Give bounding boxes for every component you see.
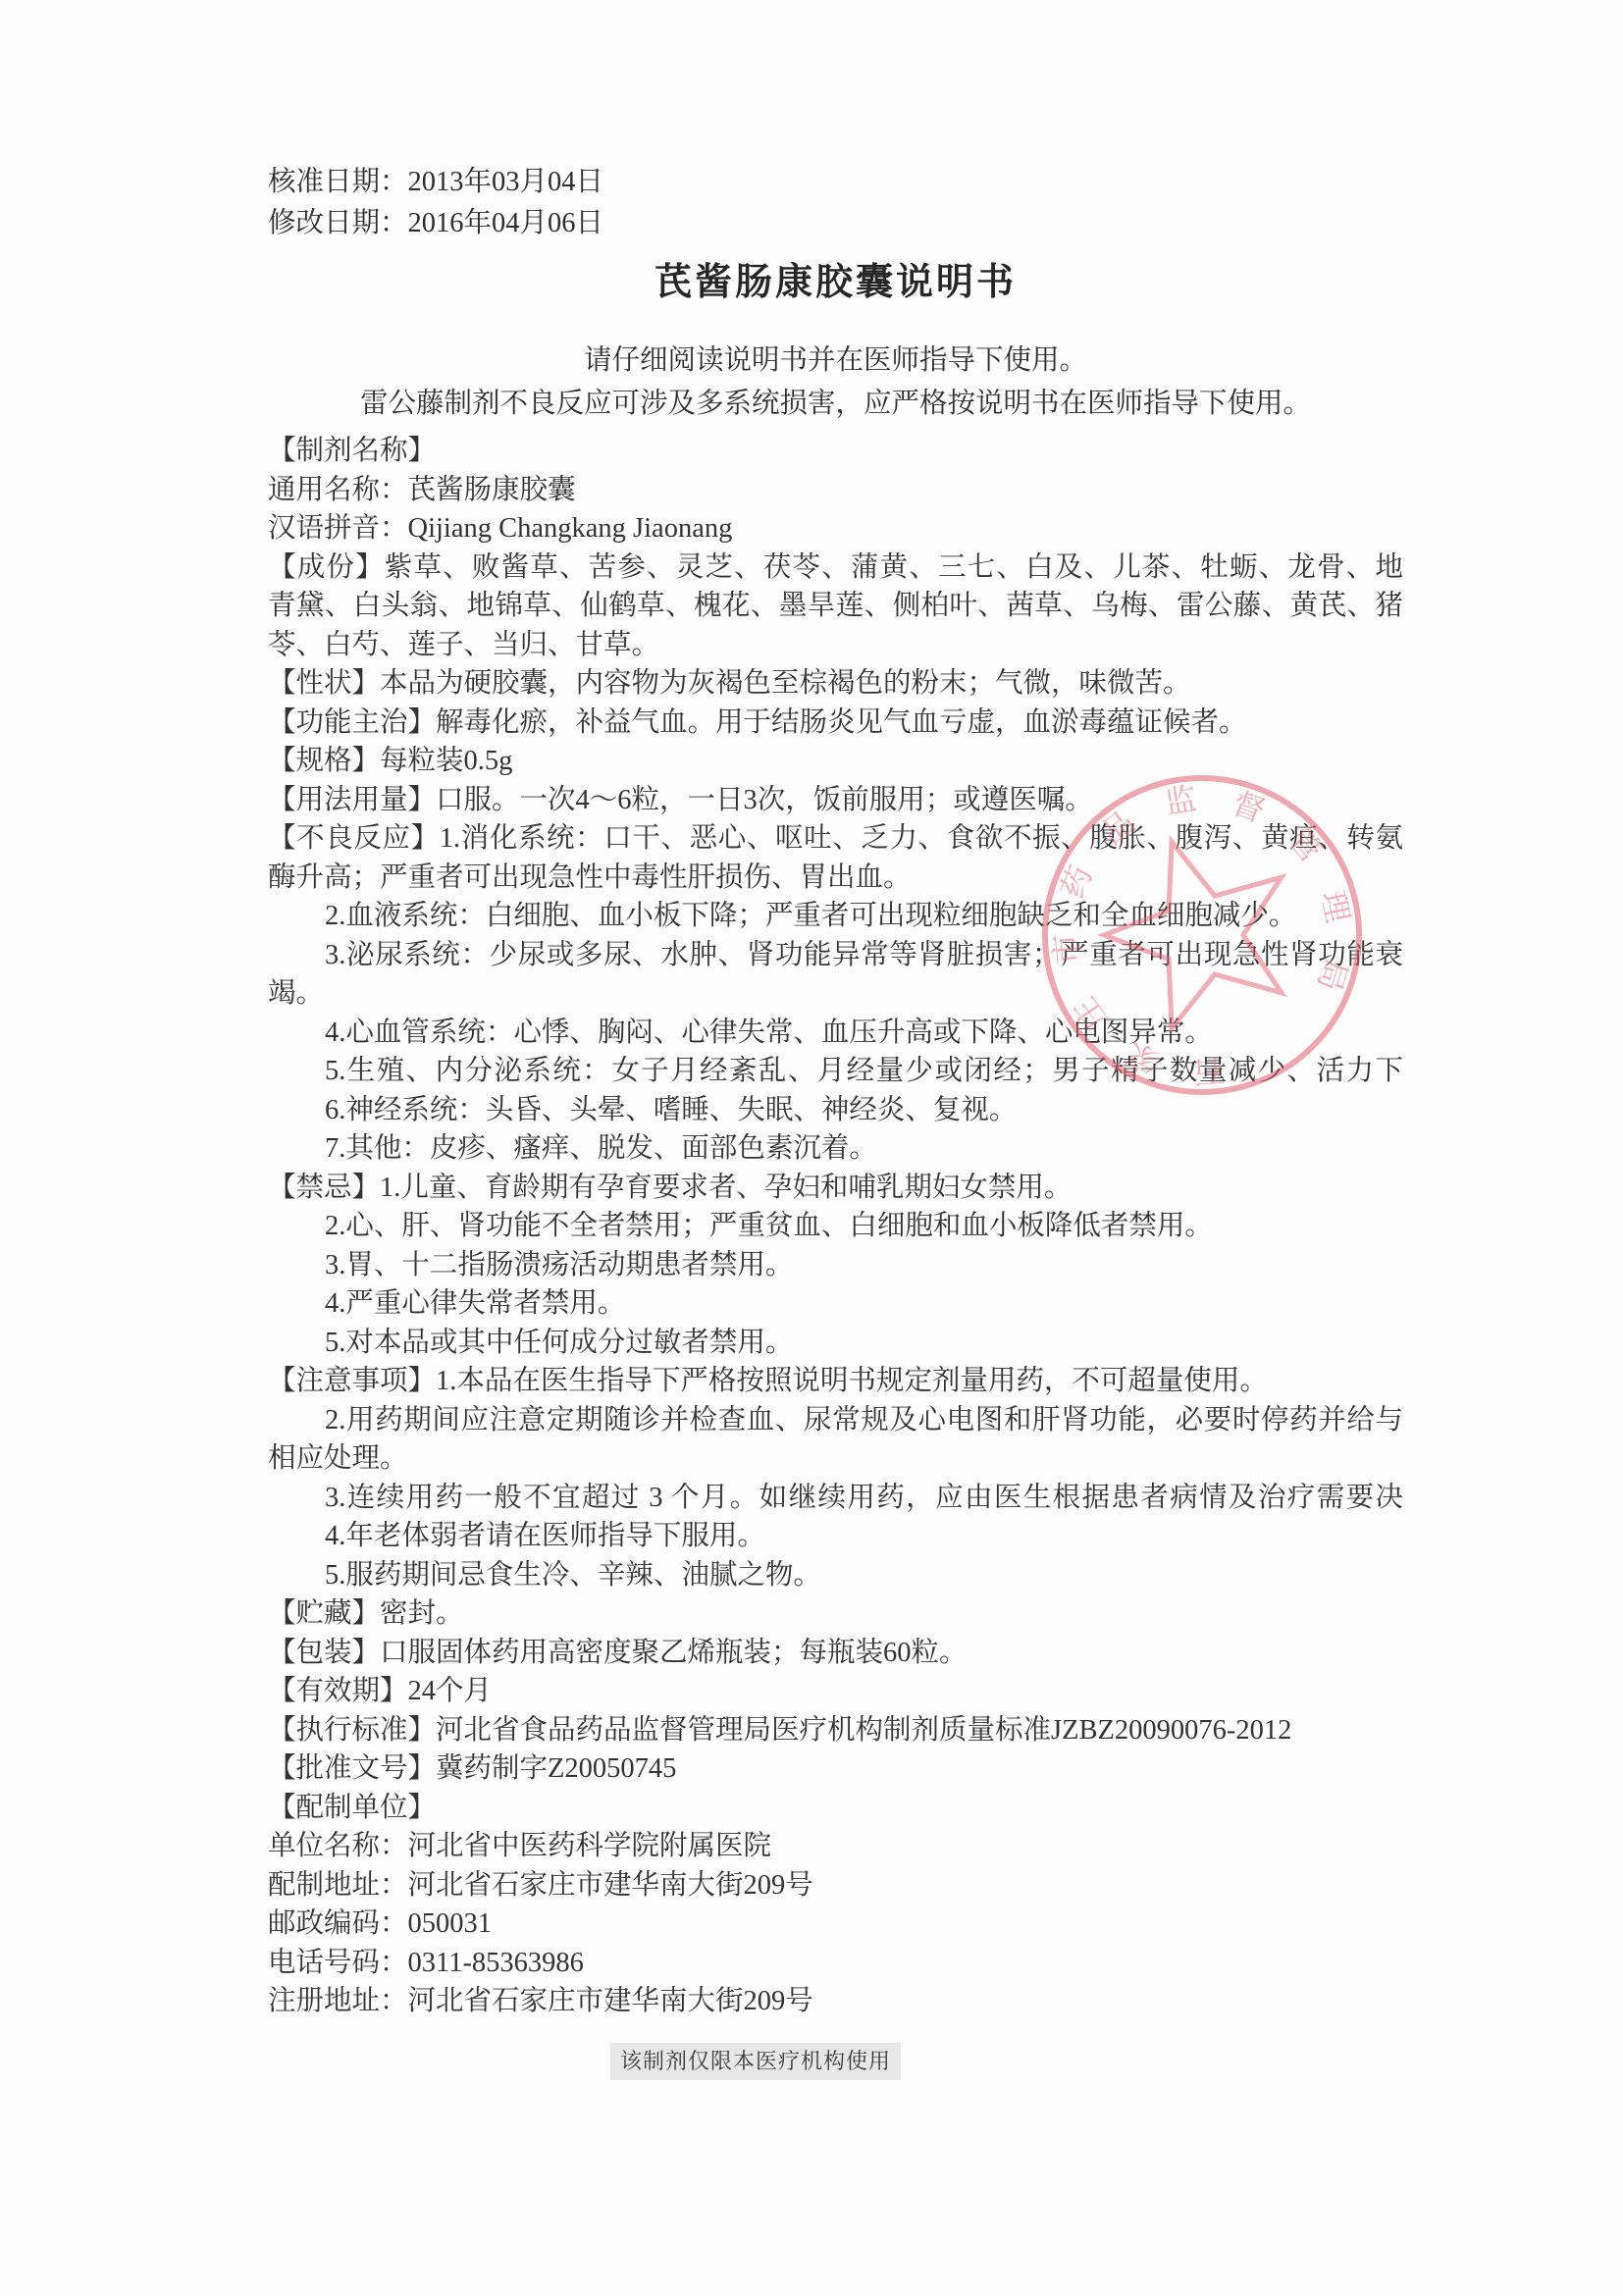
doc-line: 竭。	[268, 974, 1403, 1014]
doc-line: 单位名称：河北省中医药科学院附属医院	[268, 1827, 1403, 1866]
doc-line: 【禁忌】1.儿童、育龄期有孕育要求者、孕妇和哺乳期妇女禁用。	[268, 1169, 1403, 1208]
scanned-document-page: 核准日期：2013年03月04日 修改日期：2016年04月06日 芪酱肠康胶囊…	[0, 0, 1623, 2296]
doc-line: 2.心、肝、肾功能不全者禁用；严重贫血、白细胞和血小板降低者禁用。	[325, 1207, 1403, 1246]
doc-line: 【不良反应】1.消化系统：口干、恶心、呕吐、乏力、食欲不振、腹胀、腹泻、黄疸、转…	[268, 819, 1403, 859]
doc-line: 3.泌尿系统：少尿或多尿、水肿、肾功能异常等肾脏损害；严重者可出现急性肾功能衰	[325, 936, 1403, 975]
doc-line: 【执行标准】河北省食品药品监督管理局医疗机构制剂质量标准JZBZ20090076…	[268, 1711, 1403, 1750]
doc-line: 5.对本品或其中任何成分过敏者禁用。	[325, 1324, 1403, 1363]
doc-line: 【成份】紫草、败酱草、苦参、灵芝、茯苓、蒲黄、三七、白及、儿茶、牡蛎、龙骨、地榆…	[268, 548, 1403, 588]
warning-notice: 雷公藤制剂不良反应可涉及多系统损害，应严格按说明书在医师指导下使用。	[268, 381, 1403, 421]
doc-line: 通用名称：芪酱肠康胶囊	[268, 471, 1403, 510]
doc-line: 【批准文号】冀药制字Z20050745	[268, 1749, 1403, 1789]
doc-line: 7.其他：皮疹、瘙痒、脱发、面部色素沉着。	[325, 1129, 1403, 1169]
doc-line: 汉语拼音：Qijiang Changkang Jiaonang	[268, 509, 1403, 548]
doc-line: 3.胃、十二指肠溃疡活动期患者禁用。	[325, 1246, 1403, 1285]
read-carefully-notice: 请仔细阅读说明书并在医师指导下使用。	[268, 338, 1403, 378]
doc-line: 相应处理。	[268, 1439, 1403, 1479]
document-body: 【制剂名称】通用名称：芪酱肠康胶囊汉语拼音：Qijiang Changkang …	[268, 432, 1403, 2021]
doc-line: 【有效期】24个月	[268, 1672, 1403, 1711]
institution-only-notice: 该制剂仅限本医疗机构使用	[610, 2043, 901, 2080]
doc-line: 注册地址：河北省石家庄市建华南大街209号	[268, 1982, 1403, 2021]
document-title: 芪酱肠康胶囊说明书	[268, 251, 1403, 305]
doc-line: 3.连续用药一般不宜超过 3 个月。如继续用药，应由医生根据患者病情及治疗需要决…	[325, 1479, 1403, 1518]
doc-line: 邮政编码：050031	[268, 1905, 1403, 1944]
doc-line: 5.服药期间忌食生冷、辛辣、油腻之物。	[325, 1556, 1403, 1595]
doc-line: 4.严重心律失常者禁用。	[325, 1284, 1403, 1324]
doc-line: 4.年老体弱者请在医师指导下服用。	[325, 1517, 1403, 1556]
doc-line: 酶升高；严重者可出现急性中毒性肝损伤、胃出血。	[268, 859, 1403, 898]
doc-line: 5.生殖、内分泌系统：女子月经紊乱、月经量少或闭经；男子精子数量减少、活力下降。	[325, 1052, 1403, 1091]
doc-line: 【性状】本品为硬胶囊，内容物为灰褐色至棕褐色的粉末；气微，味微苦。	[268, 664, 1403, 704]
doc-line: 【注意事项】1.本品在医生指导下严格按照说明书规定剂量用药，不可超量使用。	[268, 1362, 1403, 1401]
doc-line: 青黛、白头翁、地锦草、仙鹤草、槐花、墨旱莲、侧柏叶、茜草、乌梅、雷公藤、黄芪、猪	[268, 587, 1403, 626]
approval-date: 核准日期：2013年03月04日	[268, 163, 603, 202]
doc-line: 【制剂名称】	[268, 432, 1403, 471]
doc-line: 6.神经系统：头昏、头晕、嗜睡、失眠、神经炎、复视。	[325, 1091, 1403, 1130]
doc-line: 【包装】口服固体药用高密度聚乙烯瓶装；每瓶装60粒。	[268, 1634, 1403, 1673]
doc-line: 【用法用量】口服。一次4～6粒，一日3次，饭前服用；或遵医嘱。	[268, 781, 1403, 820]
doc-line: 配制地址：河北省石家庄市建华南大街209号	[268, 1866, 1403, 1905]
revision-date: 修改日期：2016年04月06日	[268, 204, 603, 243]
doc-line: 4.心血管系统：心悸、胸闷、心律失常、血压升高或下降、心电图异常。	[325, 1014, 1403, 1053]
doc-line: 【贮藏】密封。	[268, 1594, 1403, 1634]
doc-line: 苓、白芍、莲子、当归、甘草。	[268, 626, 1403, 665]
doc-line: 2.用药期间应注意定期随诊并检查血、尿常规及心电图和肝肾功能，必要时停药并给与	[325, 1401, 1403, 1440]
doc-line: 2.血液系统：白细胞、血小板下降；严重者可出现粒细胞缺乏和全血细胞减少。	[325, 897, 1403, 936]
doc-line: 电话号码：0311-85363986	[268, 1944, 1403, 1983]
doc-line: 【规格】每粒装0.5g	[268, 742, 1403, 781]
doc-line: 【功能主治】解毒化瘀，补益气血。用于结肠炎见气血亏虚，血淤毒蕴证候者。	[268, 704, 1403, 743]
doc-line: 【配制单位】	[268, 1789, 1403, 1828]
